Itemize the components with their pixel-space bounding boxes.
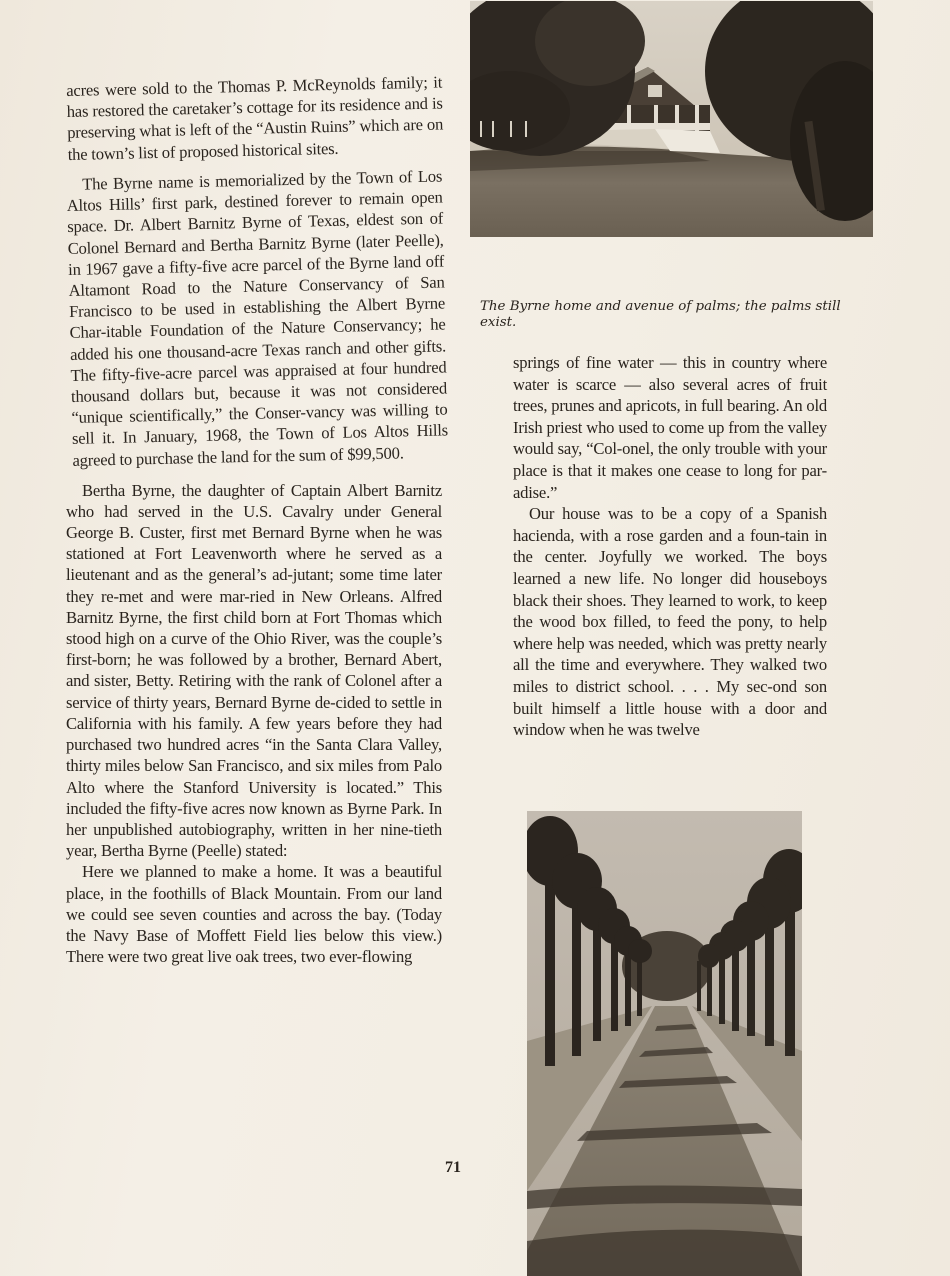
avenue-of-palms-photo xyxy=(527,811,802,1276)
paragraph: acres were sold to the Thomas P. McReyno… xyxy=(66,71,444,164)
left-text-column: acres were sold to the Thomas P. McReyno… xyxy=(66,80,442,967)
photo-caption: The Byrne home and avenue of palms; the … xyxy=(480,299,866,331)
house-photo-illustration xyxy=(470,1,873,237)
paragraph: springs of fine water — this in country … xyxy=(513,352,827,503)
block-quote: Here we planned to make a home. It was a… xyxy=(66,861,442,967)
page-number: 71 xyxy=(445,1159,461,1177)
book-page: acres were sold to the Thomas P. McReyno… xyxy=(0,0,950,1276)
right-text-column: springs of fine water — this in country … xyxy=(513,352,827,741)
byrne-home-photo xyxy=(470,1,873,237)
palms-photo-illustration xyxy=(527,811,802,1276)
paragraph: Bertha Byrne, the daughter of Captain Al… xyxy=(66,480,442,862)
paragraph: Our house was to be a copy of a Spanish … xyxy=(513,503,827,741)
paragraph: The Byrne name is memorialized by the To… xyxy=(66,165,449,470)
